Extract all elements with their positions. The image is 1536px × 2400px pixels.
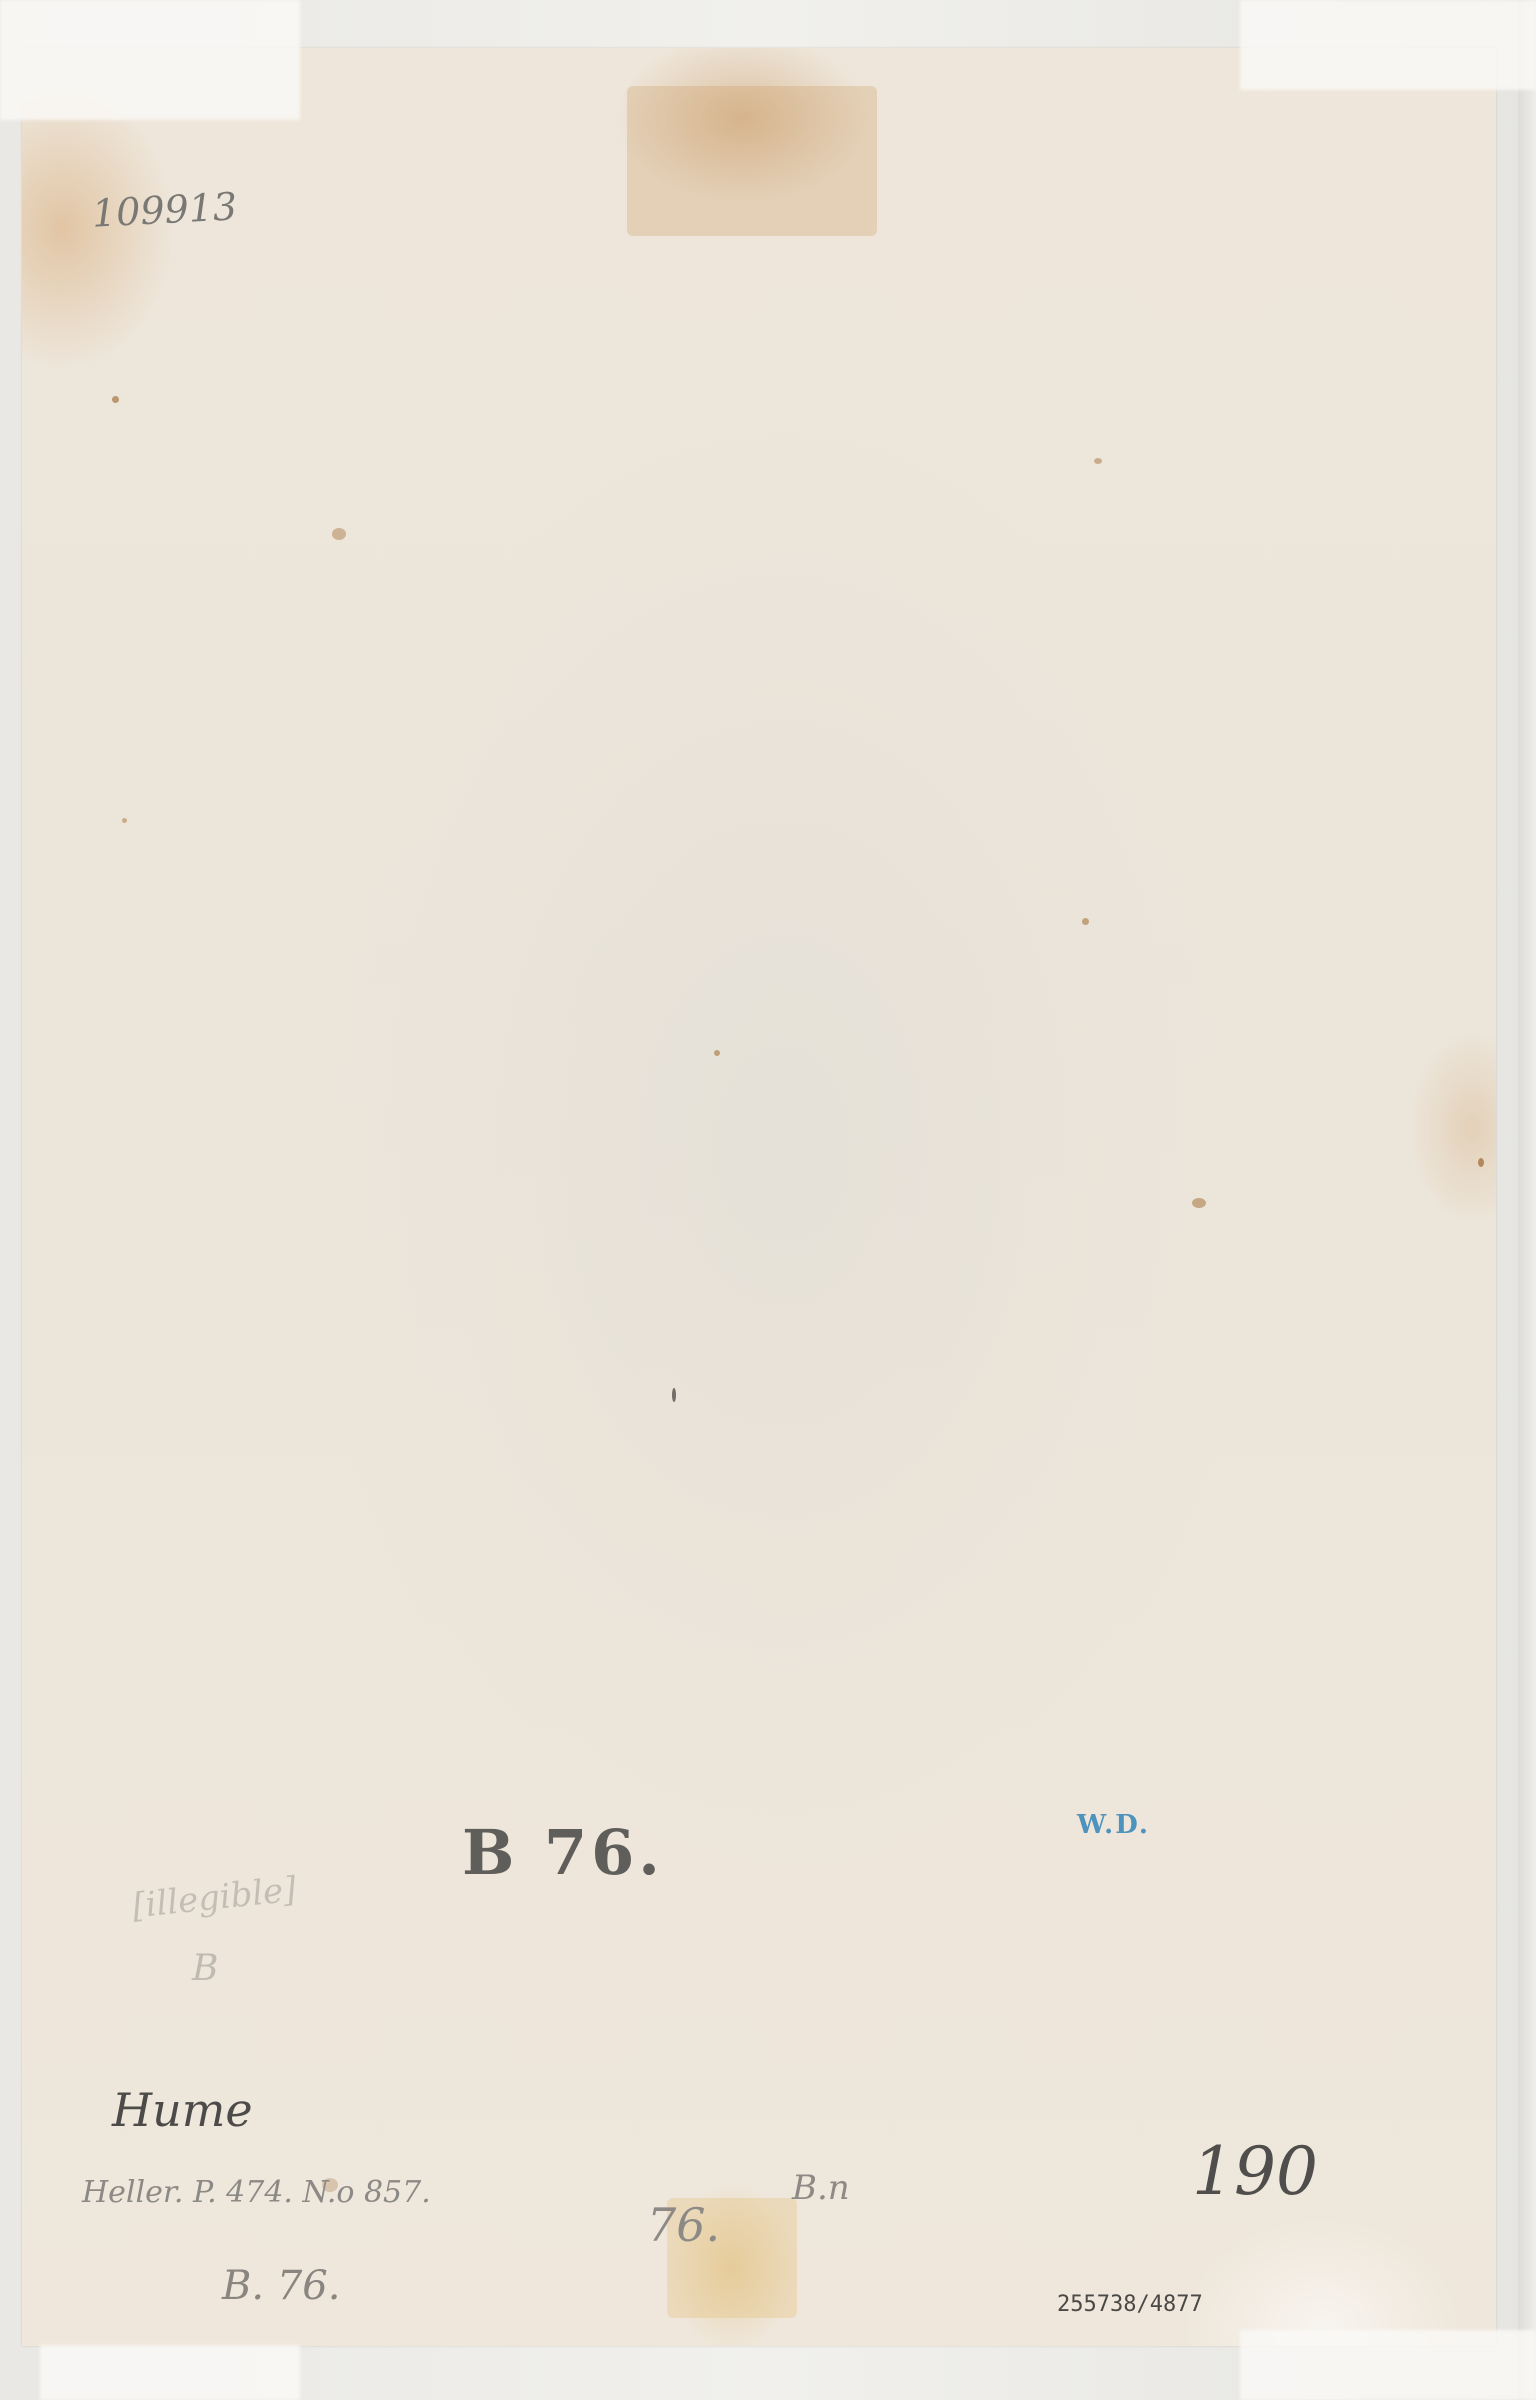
collector-stamp: W.D. [1077,1810,1150,1840]
foxing-spot [1192,1198,1206,1208]
mounting-hinge-top-left [0,0,300,120]
foxing-spot [1094,458,1102,464]
top-tape-stain [627,86,877,236]
foxing-spot [1478,1158,1484,1167]
foxing-spot [672,1388,676,1402]
number-bottom-right: 190 [1192,2133,1318,2210]
faint-letter-left: B [192,1948,218,1989]
number-bottom-center: 76. [647,2198,720,2252]
foxing-spot [714,1050,720,1056]
foxing-spot [122,818,127,823]
inventory-number-bottom: 255738/4877 [1057,2292,1203,2317]
foxing-spot [332,528,346,540]
mounting-hinge-top-right [1240,0,1536,90]
mounting-hinge-bottom-left [40,2345,300,2400]
mounting-hinge-bottom-right [1240,2330,1536,2400]
foxing-spot [112,396,119,403]
artist-name: Hume [112,2083,253,2137]
foxing-spot [1082,918,1089,925]
mount-edge-shadow [1518,0,1536,2400]
paper-sheet: 109913 [illegible] B B 76. W.D. Hume Hel… [22,48,1496,2346]
bartsch-reference: B 76. [462,1816,664,1889]
bartsch-number-bottom-left: B. 76. [222,2263,340,2309]
inventory-number-top: 109913 [91,184,238,236]
catalog-reference: Heller. P. 474. N.o 857. [82,2175,431,2210]
faint-number-left: [illegible] [130,1870,298,1927]
mark-bottom-center: B.n [792,2168,850,2208]
